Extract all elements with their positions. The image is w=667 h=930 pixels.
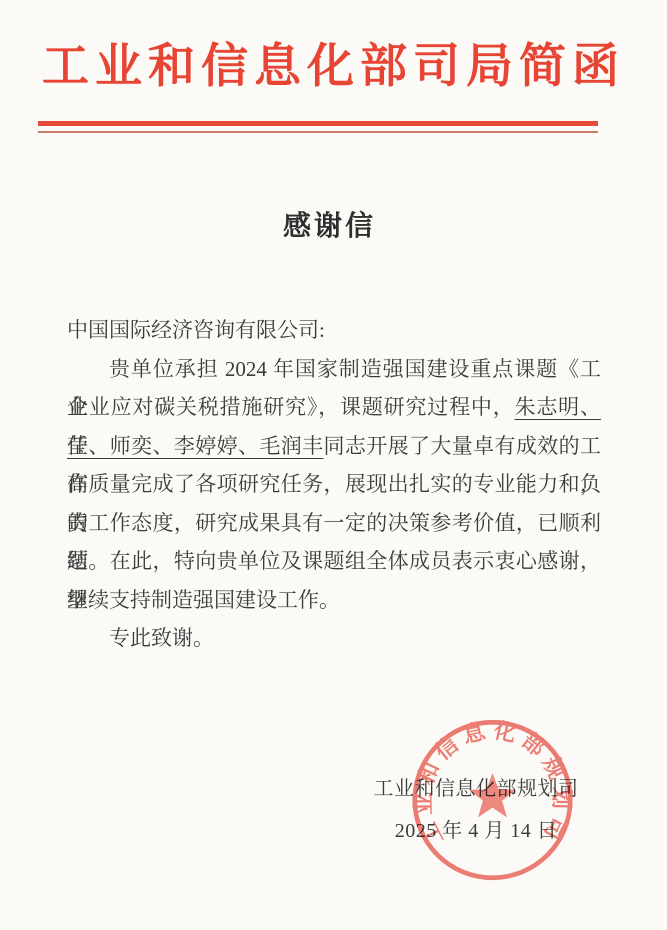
body-line: 题。在此，特向贵单位及课题组全体成员表示衷心感谢，望 bbox=[67, 542, 601, 581]
body-line: 高质量完成了各项研究任务，展现出扎实的专业能力和负责 bbox=[67, 465, 601, 504]
body-text-segment: 企业应对碳关税措施研究》，课题研究过程中， bbox=[67, 395, 515, 419]
letter-title: 感谢信 bbox=[0, 204, 659, 244]
body-line: 继续支持制造强国建设工作。 bbox=[67, 581, 601, 620]
underlined-names: 莹、师奕、李婷婷、毛润丰 bbox=[67, 434, 324, 458]
closing-line: 专此致谢。 bbox=[67, 619, 601, 658]
body-paragraph: 贵单位承担 2024 年国家制造强国建设重点课题《工业企业应对碳关税措施研究》，… bbox=[67, 350, 601, 620]
body-text-segment: 继续支持制造强国建设工作。 bbox=[67, 588, 340, 612]
body-line: 企业应对碳关税措施研究》，课题研究过程中，朱志明、任 bbox=[67, 388, 601, 427]
body-line: 贵单位承担 2024 年国家制造强国建设重点课题《工业 bbox=[67, 350, 601, 389]
header-rule-thick bbox=[38, 121, 598, 126]
body-line: 莹、师奕、李婷婷、毛润丰同志开展了大量卓有成效的工作， bbox=[67, 427, 601, 466]
signature: 工业和信息化部规划司 bbox=[370, 772, 582, 801]
header-rule-thin bbox=[38, 131, 598, 133]
letter-page: 工业和信息化部司局简函 感谢信 中国国际经济咨询有限公司: 贵单位承担 2024… bbox=[0, 0, 667, 930]
body-line: 的工作态度，研究成果具有一定的决策参考价值，已顺利结 bbox=[67, 504, 601, 543]
date-line: 2025 年 4 月 14 日 bbox=[370, 814, 582, 843]
letter-body: 中国国际经济咨询有限公司: 贵单位承担 2024 年国家制造强国建设重点课题《工… bbox=[67, 311, 601, 658]
letterhead-title: 工业和信息化部司局简函 bbox=[0, 40, 667, 94]
salutation: 中国国际经济咨询有限公司: bbox=[67, 311, 601, 350]
